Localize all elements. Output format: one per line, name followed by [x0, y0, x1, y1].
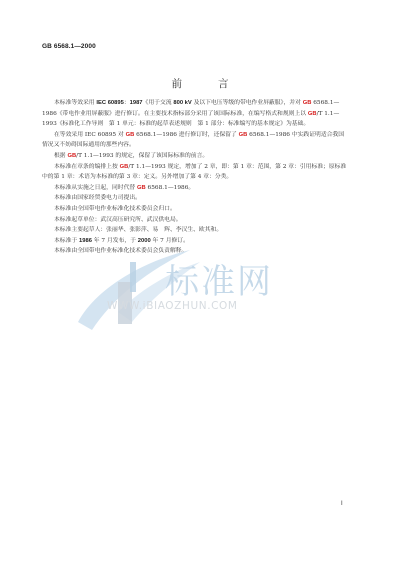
gb-prefix: GB — [126, 132, 135, 138]
text-segment: 本标准等效采用 — [54, 100, 96, 106]
watermark-text: 标准网 — [165, 254, 273, 303]
gb-prefix: GB — [239, 132, 248, 138]
title-char-2: 言 — [218, 76, 229, 91]
paragraph: 本标准由全国带电作业标准化技术委员会负责解释。 — [42, 246, 348, 257]
paragraph: 本标准由全国带电作业标准化技术委员会归口。 — [42, 204, 348, 215]
text-segment: 1986 — [79, 238, 92, 244]
text-segment: 本标准由国家经贸委电力司提出。 — [54, 195, 141, 201]
text-segment: 根据 — [54, 153, 67, 159]
text-segment: 及以下电压等级的带电作业屏蔽服》，并对 — [192, 100, 303, 106]
foreword-body: 本标准等效采用 IEC 60895：1987《用于交流 800 kV 及以下电压… — [42, 98, 348, 257]
watermark-url: WWW.iBIAOZHUN.COM — [107, 300, 238, 312]
text-segment: 年 7 月发布，于 — [92, 238, 138, 244]
text-segment: IEC 60895 — [96, 100, 123, 106]
gb-prefix: GB — [120, 164, 129, 170]
paragraph: 本标准从实施之日起，同时代替 GB 6568.1—1986。 — [42, 183, 348, 194]
text-segment: 6568.1—1986 进行修订时，还保留了 — [134, 132, 238, 138]
text-segment: 1987 — [130, 100, 143, 106]
title-char-1: 前 — [172, 76, 183, 91]
gb-prefix: GB — [67, 153, 76, 159]
text-segment: /T 1.1—1993 的规定，保留了该国际标准的前言。 — [76, 153, 208, 159]
text-segment: 6568.1—1986。 — [146, 185, 194, 191]
text-segment: 2000 — [138, 238, 151, 244]
text-segment: 本标准在章条的编排上按 — [54, 164, 120, 170]
standard-number: GB 6568.1—2000 — [42, 43, 96, 50]
text-segment: 本标准起草单位：武汉高压研究所、武汉供电局。 — [54, 217, 182, 223]
paragraph: 本标准主要起草人：张丽华、张影萍、易 辉、李汉生、欧其和。 — [42, 225, 348, 236]
paragraph: 本标准由国家经贸委电力司提出。 — [42, 193, 348, 204]
paragraph: 本标准于 1986 年 7 月发布，于 2000 年 7 月修订。 — [42, 236, 348, 247]
page-title: 前言 — [0, 76, 400, 91]
paragraph: 本标准等效采用 IEC 60895：1987《用于交流 800 kV 及以下电压… — [42, 98, 348, 130]
paragraph: 本标准起草单位：武汉高压研究所、武汉供电局。 — [42, 215, 348, 226]
text-segment: 本标准由全国带电作业标准化技术委员会归口。 — [54, 206, 176, 212]
text-segment: 800 kV — [173, 100, 191, 106]
paragraph: 在等效采用 IEC 60895 对 GB 6568.1—1986 进行修订时，还… — [42, 130, 348, 151]
paragraph: 本标准在章条的编排上按 GB/T 1.1—1993 规定，增加了 2 章，即：第… — [42, 162, 348, 183]
paragraph: 根据 GB/T 1.1—1993 的规定，保留了该国际标准的前言。 — [42, 151, 348, 162]
text-segment: 在等效采用 IEC 60895 对 — [54, 132, 126, 138]
text-segment: 《用于交流 — [143, 100, 174, 106]
text-segment: 本标准主要起草人：张丽华、张影萍、易 辉、李汉生、欧其和。 — [54, 227, 222, 233]
text-segment: 年 7 月修订。 — [151, 238, 189, 244]
text-segment: 本标准由全国带电作业标准化技术委员会负责解释。 — [54, 248, 187, 254]
text-segment: 本标准于 — [54, 238, 79, 244]
page-number: I — [341, 501, 343, 507]
text-segment: 本标准从实施之日起，同时代替 — [54, 185, 137, 191]
gb-prefix: GB — [308, 111, 317, 117]
gb-prefix: GB — [137, 185, 146, 191]
